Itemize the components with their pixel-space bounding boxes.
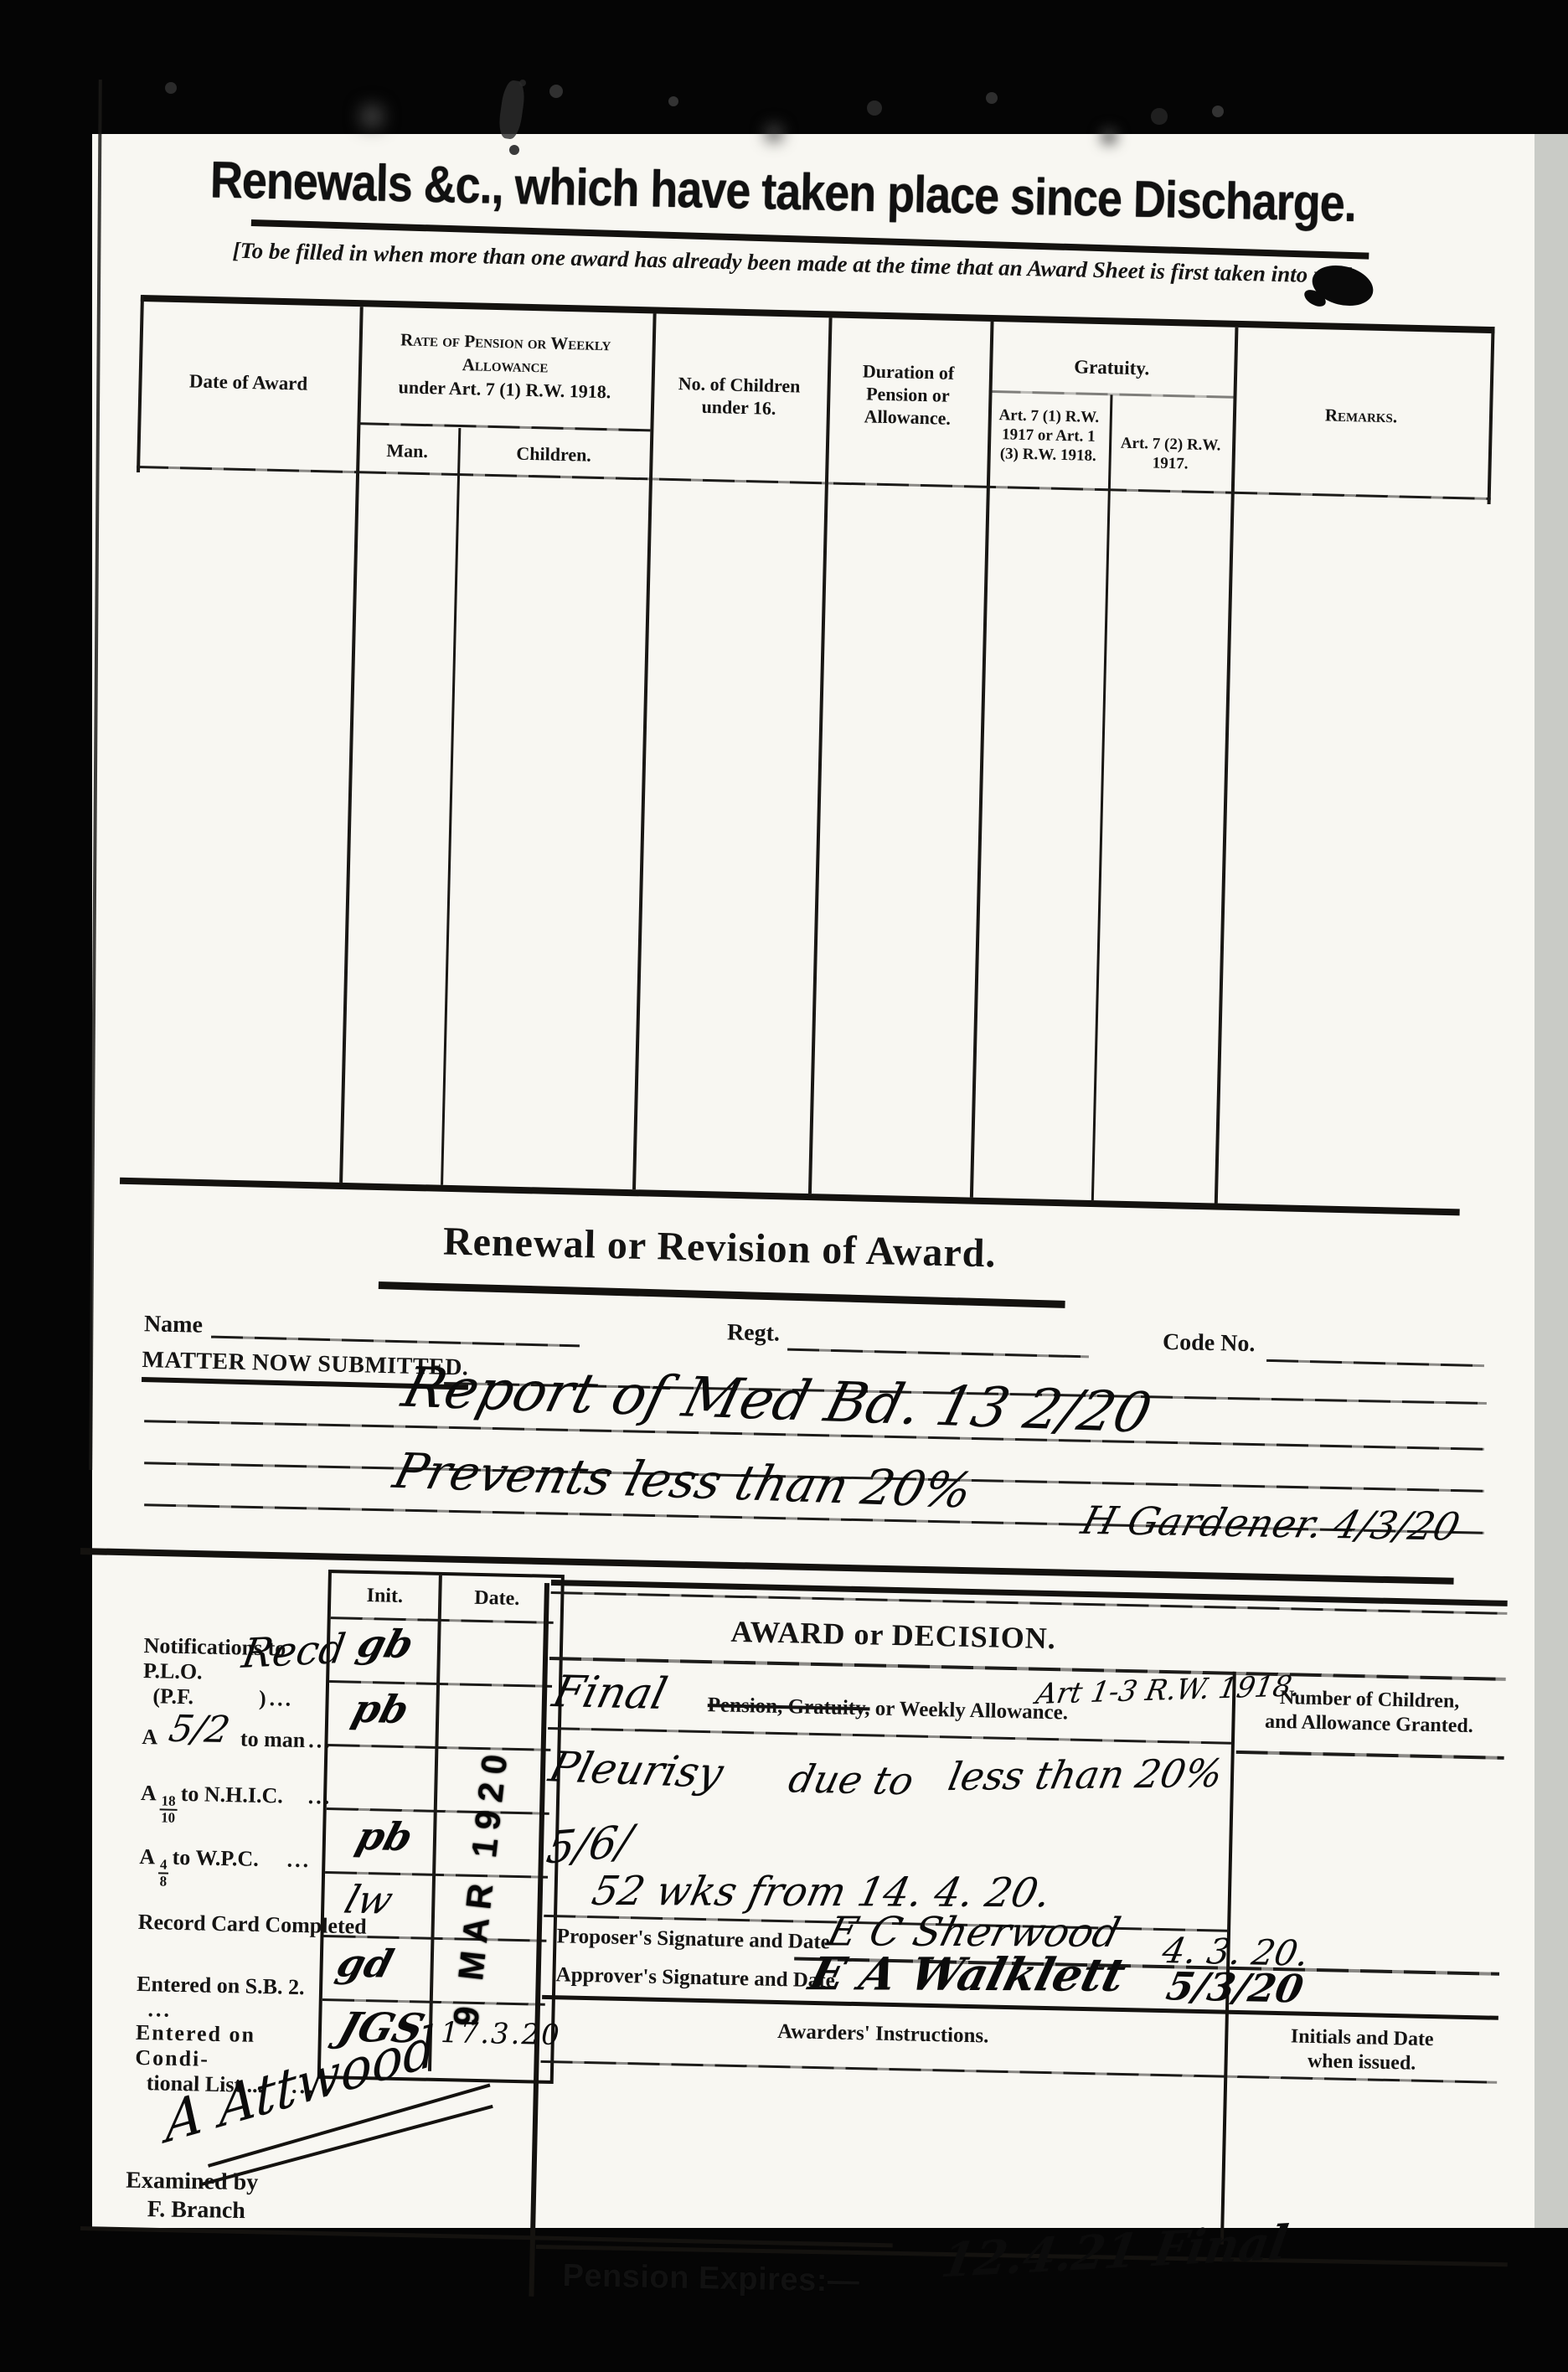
hw-init-1: gb [353, 1621, 419, 1667]
row-dots: ... [286, 1848, 311, 1873]
hw-init-2: pb [348, 1686, 414, 1732]
col-sep [970, 322, 994, 1198]
row-post: to W.P.C. [172, 1845, 259, 1871]
code-no-label: Code No. [1163, 1329, 1256, 1358]
rate-subheader-rule [357, 422, 650, 431]
children-header-rule [1236, 1751, 1504, 1760]
fraction: 48 [157, 1857, 168, 1888]
frac-bot: 10 [159, 1810, 177, 1824]
scanned-award-sheet: Renewals &c., which have taken place sin… [0, 0, 1568, 2372]
col-sep [808, 317, 833, 1194]
approver-label: Approver's Signature and Date [555, 1963, 835, 1993]
renewals-table: Date of Award Rate of Pension or Weekly … [120, 295, 1495, 1216]
date-stamp-9-mar-1920: 9 MAR 1920 [446, 1674, 524, 2029]
hw-rate-5-6: 5/6/ [543, 1816, 636, 1874]
checklist-labels: Notifications to P.L.O. (P.F. ) ... Recd… [135, 1633, 337, 2090]
initials-when-issued-header: Initials and Date when issued. [1229, 2024, 1494, 2078]
award-heading: AWARD or DECISION. [549, 1610, 1237, 1660]
row-rule [327, 1807, 549, 1815]
header-man: Man. [356, 439, 458, 464]
header-bottom-rule [137, 466, 1491, 500]
hw-rate-5-2: 5/2 [165, 1708, 233, 1751]
pension-expires-label: Pension Expires:— [562, 2258, 860, 2300]
row-pre: A [139, 1844, 155, 1869]
header-no-children: No. of Children under 16. [668, 373, 811, 421]
checklist-row-wpc: A 48 to W.P.C. ... [139, 1844, 333, 1892]
fraction: 1810 [159, 1793, 178, 1824]
hw-final: Final [548, 1667, 672, 1720]
header-duration: Duration of Pension or Allowance. [843, 360, 973, 431]
checklist-row-to-man: A 5/2 to man ... [142, 1710, 335, 1757]
init-header: Init. [331, 1583, 439, 1610]
right-margin-shade [1534, 0, 1568, 2372]
children-granted-header: Number of Children, and Allowance Grante… [1236, 1685, 1502, 1740]
header-date-of-award: Date of Award [138, 369, 358, 397]
frac-top: 18 [159, 1793, 177, 1810]
header-gratuity: Gratuity. [989, 353, 1235, 383]
row-dots: ... [147, 1997, 172, 2022]
row-dots: ... [269, 1686, 293, 1711]
row-rule [328, 1744, 550, 1751]
hw-pleurisy: Pleurisy [544, 1743, 729, 1798]
header-gratuity-sub1: Art. 7 (1) R.W. 1917 or Art. 1 (3) R.W. … [993, 405, 1105, 467]
row-pre: A [141, 1781, 157, 1805]
row-pre: A [142, 1725, 157, 1749]
row-label: Entered on S.B. 2. [137, 1972, 305, 1999]
award-heading-rule [549, 1657, 1506, 1681]
frac-bot: 8 [157, 1874, 168, 1888]
torn-edge-top [0, 0, 1568, 134]
hw-due-to: due to [785, 1756, 919, 1803]
hw-less-than-20: less than 20% [945, 1751, 1227, 1799]
row-post: to man [240, 1726, 306, 1752]
hw-approver-signature: E A Walklett [804, 1947, 1132, 2002]
header-gratuity-sub2: Art. 7 (2) R.W. 1917. [1114, 433, 1226, 474]
name-label: Name [144, 1311, 204, 1338]
col-sep [339, 307, 364, 1183]
checklist-row-sb2: Entered on S.B. 2. ... [136, 1972, 329, 2026]
initials-label-line1: Initials and Date [1291, 2025, 1434, 2050]
awarders-instructions-label: Awarders' Instructions. [541, 2015, 1225, 2054]
row-post: to N.H.I.C. [180, 1782, 283, 1808]
col-sub-sep-gratuity [1091, 394, 1113, 1200]
examined-by-label: Examined by F. Branch [125, 2167, 258, 2225]
header-remarks: Remarks. [1233, 403, 1490, 431]
examined-line1: Examined by [126, 2168, 258, 2196]
regt-label: Regt. [727, 1319, 781, 1347]
hw-init-5: lw [339, 1877, 399, 1923]
checklist-row-record-card: Record Card Completed [137, 1910, 339, 1939]
init-date-table: Init. Date. gb pb pb lw gd JGS 17.3.20 9… [317, 1570, 565, 2084]
allowance-label: Pension, Gratuity, or Weekly Allowance. [707, 1694, 1068, 1725]
children-header-line2: and Allowance Granted. [1265, 1711, 1473, 1737]
date-header: Date. [438, 1586, 556, 1612]
row-label2: (P.F. ) [152, 1684, 266, 1710]
allowance-struck-text: Pension, Gratuity, [707, 1694, 869, 1720]
hw-gardener-signature: H Gardener. 4/3/20 [1077, 1498, 1465, 1550]
checklist-row-nhic: A 1810 to N.H.I.C. ... [140, 1781, 333, 1828]
proposer-label: Proposer's Signature and Date [556, 1925, 830, 1954]
award-row1-rule [548, 1727, 1231, 1745]
init-date-divider [428, 1575, 442, 2071]
examined-line2: F. Branch [147, 2196, 245, 2224]
children-header-line1: Number of Children, [1280, 1687, 1460, 1713]
frac-top: 4 [158, 1857, 169, 1874]
header-rate-line3: under Art. 7 (1) R.W. 1918. [358, 375, 652, 405]
hw-init-4: pb [352, 1813, 418, 1859]
hw-approver-date: 5/3/20 [1163, 1963, 1307, 2011]
hw-init-6: gd [332, 1941, 398, 1987]
award-box: AWARD or DECISION. Final Pension, Gratui… [537, 1580, 1508, 2251]
header-children: Children. [457, 441, 650, 468]
row-label: Entered on Condi- [135, 2020, 255, 2071]
initials-label-line2: when issued. [1308, 2050, 1416, 2075]
torn-edge-left [0, 0, 92, 2372]
col-sub-sep-man-children [441, 428, 461, 1185]
